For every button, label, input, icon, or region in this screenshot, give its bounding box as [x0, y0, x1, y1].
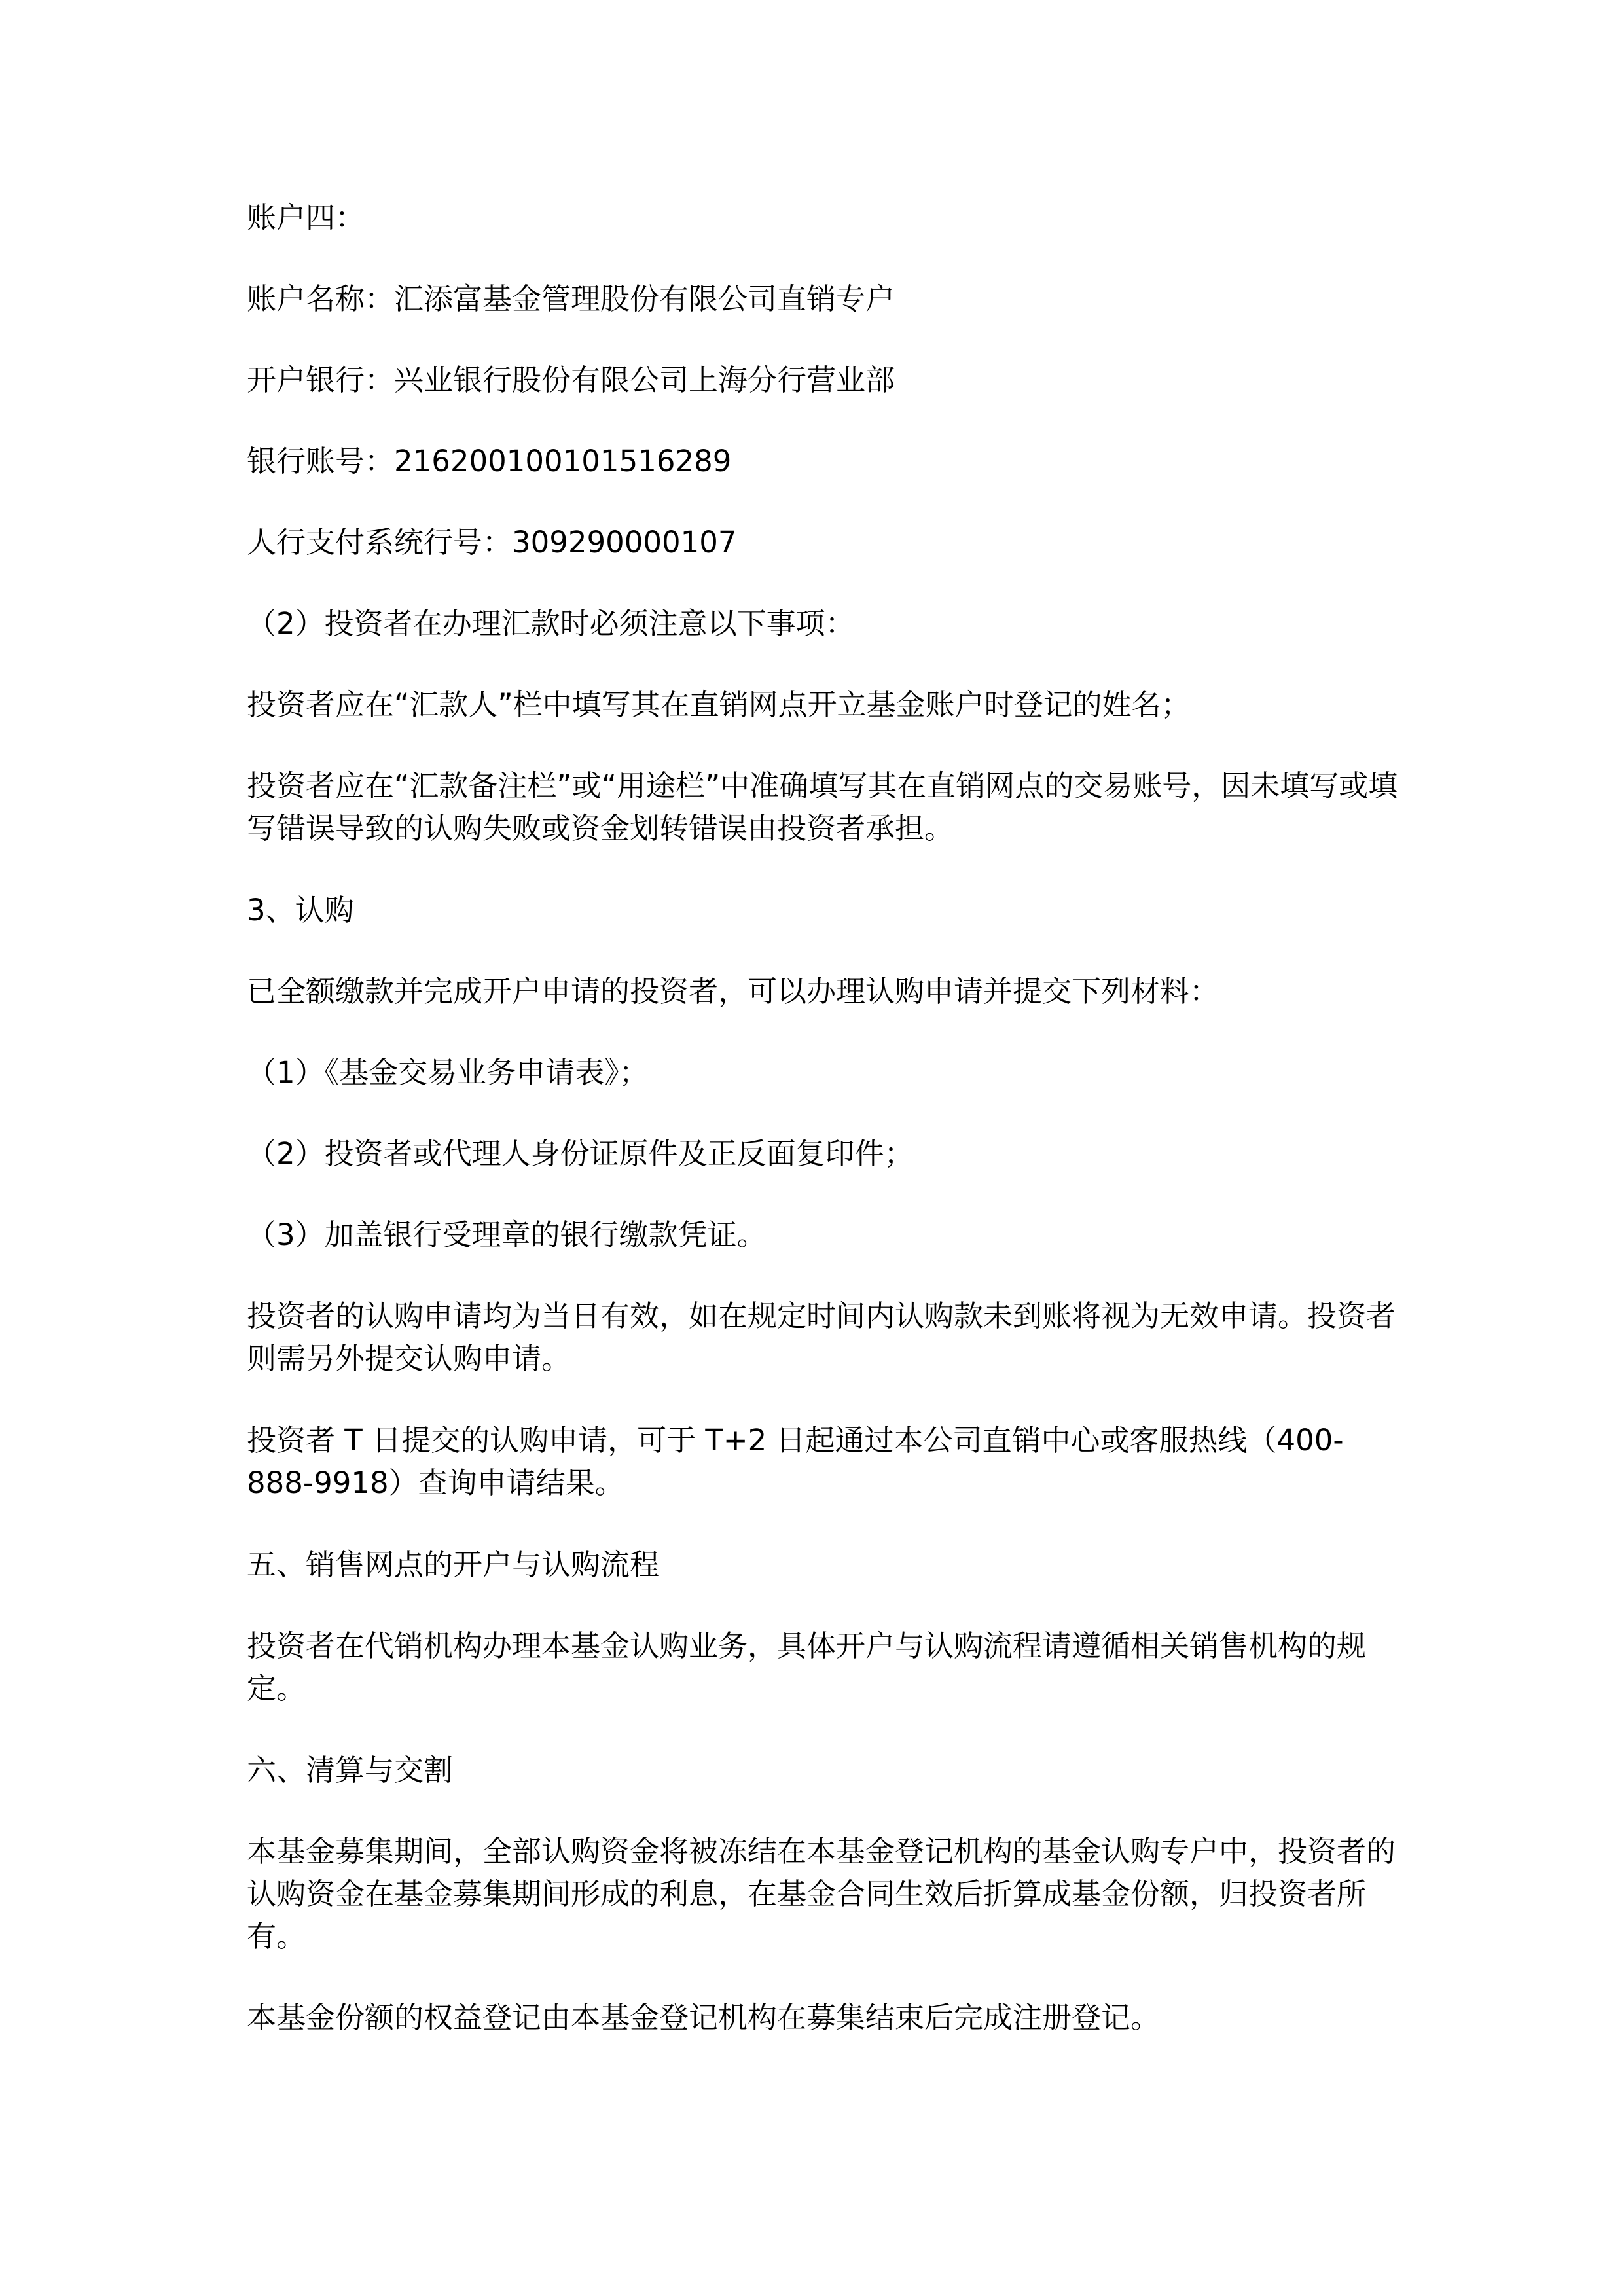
query-result-paragraph: 投资者 T 日提交的认购申请，可于 T+2 日起通过本公司直销中心或客服热线（4… — [247, 1419, 1399, 1504]
section6-heading: 六、清算与交割 — [247, 1749, 1399, 1791]
section6-body-2: 本基金份额的权益登记由本基金登记机构在募集结束后完成注册登记。 — [247, 1996, 1399, 2039]
section6-body-1: 本基金募集期间，全部认购资金将被冻结在本基金登记机构的基金认购专户中，投资者的认… — [247, 1830, 1399, 1958]
material-item-1: （1）《基金交易业务申请表》； — [247, 1051, 1399, 1094]
subscribe-heading: 3、认购 — [247, 889, 1399, 931]
account4-heading: 账户四： — [247, 196, 1399, 239]
remit-notes-heading: （2）投资者在办理汇款时必须注意以下事项： — [247, 602, 1399, 645]
remit-note-1: 投资者应在“汇款人”栏中填写其在直销网点开立基金账户时登记的姓名； — [247, 683, 1399, 726]
material-item-3: （3）加盖银行受理章的银行缴款凭证。 — [247, 1213, 1399, 1256]
bank-account-number: 银行账号：216200100101516289 — [247, 440, 1399, 482]
material-item-2: （2）投资者或代理人身份证原件及正反面复印件； — [247, 1132, 1399, 1175]
validity-paragraph: 投资者的认购申请均为当日有效，如在规定时间内认购款未到账将视为无效申请。投资者则… — [247, 1295, 1399, 1380]
remit-note-2: 投资者应在“汇款备注栏”或“用途栏”中准确填写其在直销网点的交易账号，因未填写或… — [247, 764, 1399, 850]
pbc-payment-code: 人行支付系统行号：309290000107 — [247, 521, 1399, 564]
section5-heading: 五、销售网点的开户与认购流程 — [247, 1543, 1399, 1586]
account-name: 账户名称：汇添富基金管理股份有限公司直销专户 — [247, 278, 1399, 320]
subscribe-intro: 已全额缴款并完成开户申请的投资者，可以办理认购申请并提交下列材料： — [247, 970, 1399, 1013]
bank-name: 开户银行：兴业银行股份有限公司上海分行营业部 — [247, 359, 1399, 401]
section5-body: 投资者在代销机构办理本基金认购业务，具体开户与认购流程请遵循相关销售机构的规定。 — [247, 1624, 1399, 1710]
